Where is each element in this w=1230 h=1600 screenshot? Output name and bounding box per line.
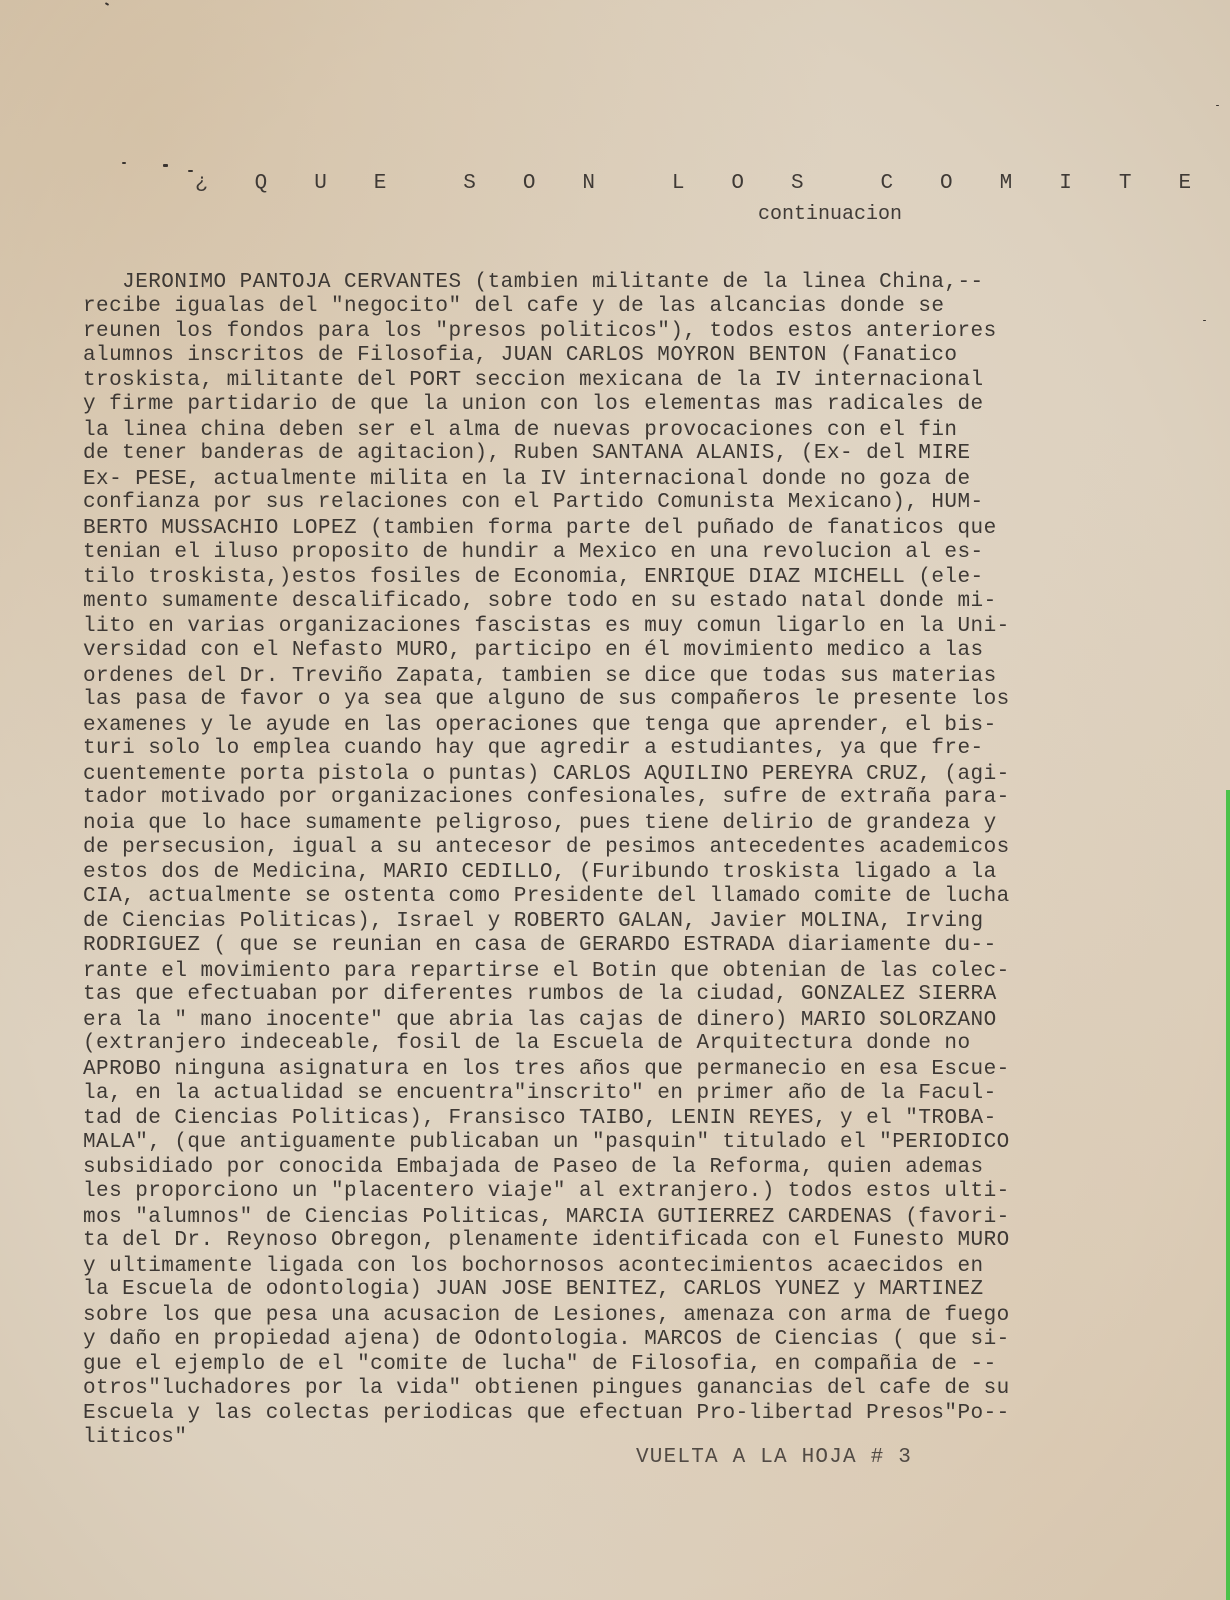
body-line: y ultimamente ligada con los bochornosos… [83,1255,1143,1280]
body-line: tad de Ciencias Politicas), Fransisco TA… [83,1107,1143,1132]
body-line: las pasa de favor o ya sea que alguno de… [83,688,1143,713]
page-turn-note: VUELTA A LA HOJA # 3 [636,1446,912,1469]
body-line: versidad con el Nefasto MURO, participo … [83,639,1143,664]
body-line: tador motivado por organizaciones confes… [83,786,1143,811]
body-line: y daño en propiedad ajena) de Odontologi… [83,1328,1143,1353]
body-line: les proporciono un "placentero viaje" al… [83,1180,1143,1205]
body-line: de persecusion, igual a su antecesor de … [83,836,1143,861]
document-body: JERONIMO PANTOJA CERVANTES (tambien mili… [83,270,1143,1451]
body-line: turi solo lo emplea cuando hay que agred… [83,737,1143,762]
body-line: subsidiado por conocida Embajada de Pase… [83,1156,1143,1181]
body-line: tilo troskista,)estos fosiles de Economi… [83,566,1143,591]
body-line: BERTO MUSSACHIO LOPEZ (tambien forma par… [83,517,1143,542]
body-line: confianza por sus relaciones con el Part… [83,491,1143,516]
body-line: troskista, militante del PORT seccion me… [83,369,1143,394]
body-line: y firme partidario de que la union con l… [83,393,1143,418]
body-line: Ex- PESE, actualmente milita en la IV in… [83,468,1143,493]
body-line: la, en la actualidad se encuentra"inscri… [83,1082,1143,1107]
body-line: tas que efectuaban por diferentes rumbos… [83,983,1143,1008]
body-line: lito en varias organizaciones fascistas … [83,615,1143,640]
body-line: rante el movimiento para repartirse el B… [83,960,1143,985]
body-line: otros"luchadores por la vida" obtienen p… [83,1377,1143,1402]
body-line: mos "alumnos" de Ciencias Politicas, MAR… [83,1206,1143,1231]
body-line: de Ciencias Politicas), Israel y ROBERTO… [83,910,1143,935]
body-line: mento sumamente descalificado, sobre tod… [83,590,1143,615]
body-line: tenian el iluso proposito de hundir a Me… [83,541,1143,566]
body-line: ta del Dr. Reynoso Obregon, plenamente i… [83,1229,1143,1254]
body-line: noia que lo hace sumamente peligroso, pu… [83,812,1143,837]
body-line: alumnos inscritos de Filosofia, JUAN CAR… [83,344,1143,369]
body-line: sobre los que pesa una acusacion de Lesi… [83,1304,1143,1329]
body-line: RODRIGUEZ ( que se reunian en casa de GE… [83,934,1143,959]
body-line: reunen los fondos para los "presos polit… [83,320,1143,345]
body-line: ordenes del Dr. Treviño Zapata, tambien … [83,665,1143,690]
body-line: APROBO ninguna asignatura en los tres añ… [83,1058,1143,1083]
body-line: liticos" [83,1426,1143,1451]
scan-edge-strip [1226,790,1230,1600]
body-line: JERONIMO PANTOJA CERVANTES (tambien mili… [83,271,1143,296]
body-line: MALA", (que antiguamente publicaban un "… [83,1131,1143,1156]
body-line: Escuela y las colectas periodicas que ef… [83,1402,1143,1427]
document-title: ¿ Q U E S O N L O S C O M I T E S D E L … [195,172,1230,195]
body-line: estos dos de Medicina, MARIO CEDILLO, (F… [83,861,1143,886]
body-line: era la " mano inocente" que abria las ca… [83,1009,1143,1034]
body-line: cuentemente porta pistola o puntas) CARL… [83,763,1143,788]
body-line: examenes y le ayude en las operaciones q… [83,714,1143,739]
body-line: (extranjero indeceable, fosil de la Escu… [83,1032,1143,1057]
body-line: recibe igualas del "negocito" del cafe y… [83,295,1143,320]
body-line: de tener banderas de agitacion), Ruben S… [83,442,1143,467]
body-line: la Escuela de odontologia) JUAN JOSE BEN… [83,1278,1143,1303]
body-line: gue el ejemplo de el "comite de lucha" d… [83,1353,1143,1378]
document-subtitle: continuacion [758,203,902,226]
body-line: CIA, actualmente se ostenta como Preside… [83,885,1143,910]
typewritten-page: ¿ Q U E S O N L O S C O M I T E S D E L … [0,0,1230,1600]
body-line: la linea china deben ser el alma de nuev… [83,419,1143,444]
